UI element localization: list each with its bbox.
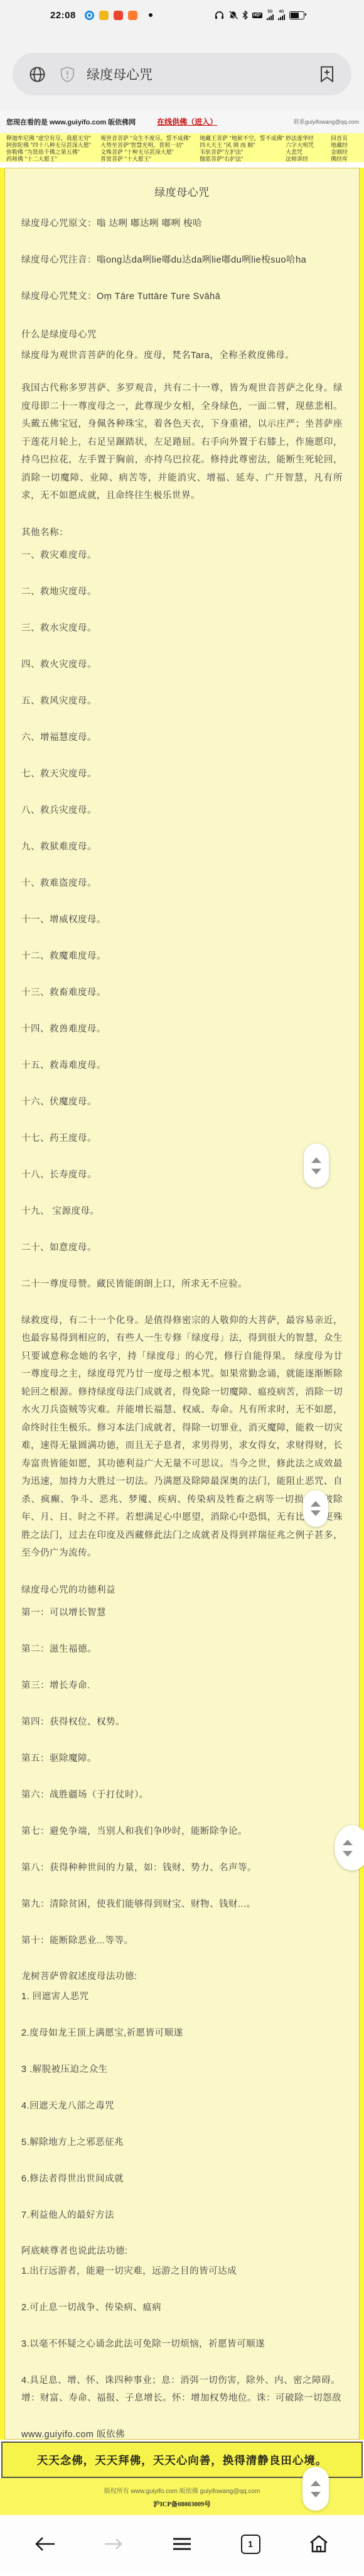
scroll-widget xyxy=(303,1490,328,1527)
forward-button[interactable] xyxy=(101,2531,126,2557)
scroll-down-icon[interactable] xyxy=(343,1851,353,1857)
menu-icon xyxy=(173,2537,191,2551)
benefit-item: 第八：获得种种世间的力量，如：钱财、势力、名声等。 xyxy=(21,1859,343,1877)
notification-icons xyxy=(85,11,153,20)
nav-link[interactable]: 释迦牟尼佛 "虚空有尽，我愿无穷" xyxy=(6,135,100,141)
benefit-item: 第九：清除贫困，使我们能够得到财宝、财物、钱财...。 xyxy=(21,1896,343,1913)
menu-button[interactable] xyxy=(169,2531,195,2557)
tara-name-item: 二十、如意度母。 xyxy=(21,1239,343,1257)
battery-icon xyxy=(289,11,304,19)
atisha-list: 1.出行远游者，能避一切灾难，远游之目的皆可达成2.可止息一切战争、传染病、瘟病… xyxy=(21,2262,343,2407)
scroll-widget xyxy=(304,1143,329,1187)
benefit-item: 第五：驱除魔障。 xyxy=(21,1750,343,1767)
tara-name-item: 十九、 宝源度母。 xyxy=(21,1203,343,1220)
nav-link[interactable]: 文殊菩萨 "十种无尽甚深大愿" xyxy=(100,149,200,155)
tara-name-item: 六、增福慧度母。 xyxy=(21,729,343,746)
globe-icon xyxy=(29,66,46,83)
nav-column-buddhas: 释迦牟尼佛 "虚空有尽，我愿无穷"阿弥陀佛 "四十八种无尽甚深大愿"弥勒佛 "为… xyxy=(6,134,100,162)
nagarjuna-item: 3 .解脱被压迫之众生 xyxy=(21,2061,343,2078)
nav-link[interactable]: 回首页 xyxy=(331,135,364,141)
site-nav-grid: 释迦牟尼佛 "虚空有尽，我愿无穷"阿弥陀佛 "四十八种无尽甚深大愿"弥勒佛 "为… xyxy=(0,133,364,162)
benefits-heading: 绿度母心咒的功德利益 xyxy=(21,1581,343,1599)
nav-link[interactable]: 地藏王菩萨 "地狱不空，誓不成佛" xyxy=(200,135,286,141)
nav-link[interactable]: 观世音菩萨 "众生不度尽，誓不成佛" xyxy=(100,135,200,141)
clock: 22:08 xyxy=(50,10,76,21)
tara-name-item: 三、救水灾度母。 xyxy=(21,619,343,637)
nav-link[interactable]: 妙法莲华经 xyxy=(286,135,331,141)
nagarjuna-item: 7.利益他人的最好方法 xyxy=(21,2207,343,2224)
scroll-up-icon[interactable] xyxy=(311,2480,321,2486)
bell-muted-icon xyxy=(228,11,238,19)
mantra-phonetic: 绿度母心咒注音：嗡ong达da咧lie嘟du达da咧lie嘟du咧lie梭suo… xyxy=(21,252,343,269)
tara-name-item: 十五、救毒难度母。 xyxy=(21,1057,343,1074)
tara-name-item: 十四、救兽难度母。 xyxy=(21,1020,343,1038)
article: 绿度母心咒 绿度母心咒原文：嗡 达咧 嘟达咧 嘟咧 梭哈 绿度母心咒注音：嗡on… xyxy=(4,168,360,2440)
spacer xyxy=(0,162,364,168)
status-bar: 22:08 HD² 5G 4G xyxy=(0,0,364,30)
site-viewing-text: 您现在看的是 www.guiyifo.com 皈依佛网 xyxy=(6,117,136,127)
back-arrow-icon xyxy=(34,2536,56,2552)
browser-header: 22:08 HD² 5G 4G xyxy=(0,0,364,110)
nav-link[interactable]: 阿弥陀佛 "四十八种无尽甚深大愿" xyxy=(6,142,100,148)
nagarjuna-item: 6.修法者得世出世间成就 xyxy=(21,2170,343,2188)
scroll-up-icon[interactable] xyxy=(343,1840,353,1845)
tara-name-item: 四、救火灾度母。 xyxy=(21,656,343,674)
nav-link[interactable]: 弥勒佛 "为贤劫千佛之第五佛" xyxy=(6,149,100,155)
mantra-sanskrit: 绿度母心咒梵文：Oṃ Tāre Tuttāre Ture Svāhā xyxy=(21,288,343,305)
nagarjuna-item: 4.回遮天龙八部之毒咒 xyxy=(21,2097,343,2115)
article-title: 绿度母心咒 xyxy=(21,183,343,199)
phone-screen: 22:08 HD² 5G 4G xyxy=(0,0,364,2576)
address-bar[interactable]: 绿度母心咒 xyxy=(13,53,351,96)
nav-column-protectors: 地藏王菩萨 "地狱不空，誓不成佛"四大天王 "风 调 雨 顺"韦驮菩萨"左护法"… xyxy=(200,134,286,162)
scroll-up-icon[interactable] xyxy=(311,1501,321,1507)
scroll-down-icon[interactable] xyxy=(311,2492,321,2497)
benefit-item: 第四：获得权位、权势。 xyxy=(21,1713,343,1731)
page-title: 绿度母心咒 xyxy=(87,65,319,84)
tara-name-item: 十六、伏魔度母。 xyxy=(21,1093,343,1111)
nav-link[interactable]: 药师佛 "十二大愿王" xyxy=(6,156,100,162)
benefit-item: 第二：滋生福德。 xyxy=(21,1640,343,1658)
site-signature: www.guiyifo.com 皈依佛 xyxy=(21,2426,343,2440)
nav-link[interactable]: 大势至菩萨"智慧光明，普照一切" xyxy=(100,142,200,148)
nav-link[interactable]: 四大天王 "风 调 雨 顺" xyxy=(200,142,286,148)
what-is-text: 绿度母为观世音菩萨的化身。度母，梵名Tara，全称圣救度佛母。 xyxy=(21,347,343,364)
atisha-item: 2.可止息一切战争、传染病、瘟病 xyxy=(21,2299,343,2317)
back-button[interactable] xyxy=(33,2531,58,2557)
tabs-icon: 1 xyxy=(241,2535,260,2554)
tara-name-item: 七、救天灾度母。 xyxy=(21,765,343,783)
benefit-item: 第七：避免争端，当别人和我们争吵时，能断除争论。 xyxy=(21,1823,343,1840)
tara-name-item: 五、救风灾度母。 xyxy=(21,692,343,710)
nav-link[interactable]: 大悲咒 xyxy=(286,149,331,155)
site-header: 您现在看的是 www.guiyifo.com 皈依佛网 在线供佛（进入） 联系g… xyxy=(0,110,364,133)
atisha-item: 1.出行远游者，能避一切灾难，远游之目的皆可达成 xyxy=(21,2262,343,2280)
shield-alert-icon[interactable] xyxy=(60,66,75,83)
tara-name-item: 十三、救畜难度母。 xyxy=(21,984,343,1001)
nav-column-bodhisattvas: 观世音菩萨 "众生不度尽，誓不成佛"大势至菩萨"智慧光明，普照一切"文殊菩萨 "… xyxy=(100,134,200,162)
home-button[interactable] xyxy=(306,2531,331,2557)
tara-name-item: 九、救狱难度母。 xyxy=(21,838,343,856)
nav-link[interactable]: 金刚经 xyxy=(331,149,364,155)
tara-name-item: 一、救灾难度母。 xyxy=(21,547,343,564)
other-names-list: 一、救灾难度母。二、救地灾度母。三、救水灾度母。四、救火灾度母。五、救风灾度母。… xyxy=(21,547,343,1257)
scroll-up-icon[interactable] xyxy=(311,1157,321,1163)
content-frame: 绿度母心咒 绿度母心咒原文：嗡 达咧 嘟达咧 嘟咧 梭哈 绿度母心咒注音：嗡on… xyxy=(0,168,364,2440)
nav-link[interactable]: 普贤菩萨 "十大愿王" xyxy=(100,156,200,162)
tabs-button[interactable]: 1 xyxy=(238,2531,263,2557)
nagarjuna-item: 1. 回遮害人恶咒 xyxy=(21,1988,343,2006)
nav-link[interactable]: 佛经库 xyxy=(331,156,364,162)
signal-4g-icon: 4G xyxy=(278,10,285,20)
tara-name-item: 十、救难盗度母。 xyxy=(21,875,343,892)
nav-link[interactable]: 六字大明咒 xyxy=(286,142,331,148)
benefit-item: 第六：战胜疆场（于打仗时）。 xyxy=(21,1786,343,1804)
scroll-widget xyxy=(335,1825,364,1870)
bookmark-add-icon[interactable] xyxy=(319,65,335,83)
kuaishou-app-icon xyxy=(114,11,123,20)
atisha-item: 3.以毫不怀疑之心诵念此法可免除一切烦恼，祈愿皆可顺遂 xyxy=(21,2335,343,2353)
nav-column-sutras: 妙法莲华经六字大明咒大悲咒法师讲经 xyxy=(286,134,331,162)
mantra-original: 绿度母心咒原文：嗡 达咧 嘟达咧 嘟咧 梭哈 xyxy=(21,216,343,232)
atisha-heading: 阿底峡尊者也说此法功德: xyxy=(21,2243,343,2260)
other-names-heading: 其他名称： xyxy=(21,524,343,542)
what-is-heading: 什么是绿度母心咒 xyxy=(21,327,343,344)
nagarjuna-heading: 龙树菩萨曾叙述度母法功德: xyxy=(21,1968,343,1985)
main-paragraph: 绿救度母，有二十一个化身。是值得修密宗的人敬仰的大菩萨，最容易亲近，也最容易得到… xyxy=(21,1312,343,1563)
nagarjuna-item: 5.解除地方上之邪恶征兆 xyxy=(21,2134,343,2151)
benefit-item: 第一：可以增长智慧 xyxy=(21,1604,343,1622)
praise-line: 二十一尊度母赞。藏民皆能朗朗上口，所求无不应验。 xyxy=(21,1275,343,1293)
scroll-down-icon[interactable] xyxy=(311,1510,321,1516)
nav-link[interactable]: 法师讲经 xyxy=(286,156,331,162)
hd2-badge-icon: HD² xyxy=(252,13,262,18)
nav-column-pages: 回首页地藏经金刚经佛经库 xyxy=(331,134,364,162)
nagarjuna-list: 1. 回遮害人恶咒2.度母如龙王顶上满愿宝,祈愿皆可顺遂3 .解脱被压迫之众生4… xyxy=(21,1988,343,2224)
tara-name-item: 十七、药王度母。 xyxy=(21,1130,343,1147)
taobao-app-icon xyxy=(128,11,137,20)
nagarjuna-item: 2.度母如龙王顶上满愿宝,祈愿皆可顺遂 xyxy=(21,2024,343,2042)
intro-paragraph: 我国古代称多罗菩萨、多罗观音，共有二十一尊，皆为观世音菩萨之化身。绿度母即二十一… xyxy=(21,379,343,505)
headphones-icon xyxy=(215,11,224,19)
tara-name-item: 十二、救魔难度母。 xyxy=(21,947,343,965)
contact-email-text: 联系guiyifowang@qq.com xyxy=(294,117,359,126)
signal-5g-icon: 5G xyxy=(267,10,274,20)
system-status-icons: HD² 5G 4G xyxy=(215,10,304,20)
tara-name-item: 十八、长寿度母。 xyxy=(21,1166,343,1184)
forward-arrow-icon xyxy=(104,2537,123,2551)
home-icon xyxy=(309,2535,329,2553)
atisha-item: 4.具足息、增、怀、诛四种事业；息：消弭一切伤害，除外、内、密之障碍。增：财富、… xyxy=(21,2372,343,2407)
tara-name-item: 十一、增威权度母。 xyxy=(21,911,343,929)
browser-toolbar: 1 xyxy=(0,2515,364,2573)
scroll-widget xyxy=(302,2467,329,2511)
motto-text: 天天念佛，天天拜佛，天天心向善，换得清静良田心境。 xyxy=(37,2452,328,2468)
tara-name-item: 二、救地灾度母。 xyxy=(21,583,343,601)
benefit-item: 第十：能断除恶业...等等。 xyxy=(21,1932,343,1950)
bluetooth-icon xyxy=(242,11,248,19)
online-offering-link[interactable]: 在线供佛（进入） xyxy=(157,116,217,127)
benefits-list: 第一：可以增长智慧第二：滋生福德。第三：增长寿命.第四：获得权位、权势。第五：驱… xyxy=(21,1604,343,1950)
benefit-item: 第三：增长寿命. xyxy=(21,1677,343,1695)
nav-link[interactable]: 伽蓝菩萨"右护法" xyxy=(200,156,286,162)
scroll-down-icon[interactable] xyxy=(311,1169,321,1174)
yellow-app-icon xyxy=(99,11,109,20)
nav-link[interactable]: 地藏经 xyxy=(331,142,364,148)
nav-link[interactable]: 韦驮菩萨"左护法" xyxy=(200,149,286,155)
blue-circle-app-icon xyxy=(85,11,94,20)
notification-dot-icon xyxy=(149,13,153,17)
tara-name-item: 八、救兵灾度母。 xyxy=(21,802,343,819)
